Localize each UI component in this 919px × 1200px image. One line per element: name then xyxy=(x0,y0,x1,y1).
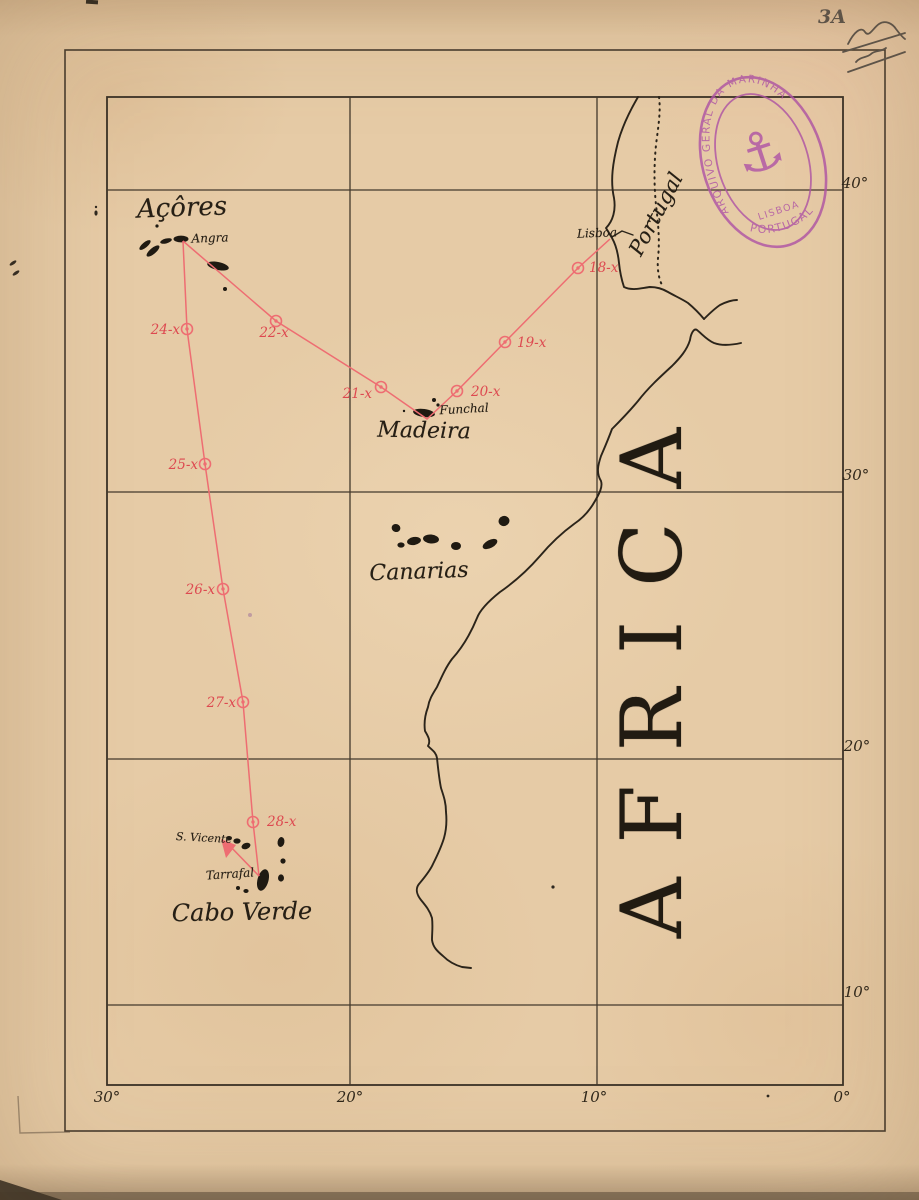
route-waypoint-dot-24-x xyxy=(185,327,188,330)
axis-label-right-20: 20° xyxy=(844,737,871,755)
axis-label-right-10: 10° xyxy=(844,983,871,1001)
axis-label-bottom-0: 0° xyxy=(833,1088,850,1106)
place-label-acores: Açôres xyxy=(136,191,227,224)
place-label-africa: AFRICA xyxy=(603,394,701,938)
place-label-angra: Angra xyxy=(191,230,228,245)
route-leg-angra-to-tarrafal xyxy=(183,241,259,876)
route-waypoint-dot-27-x xyxy=(241,700,244,703)
axis-label-bottom-20: 20° xyxy=(337,1088,364,1106)
route-date-label-27-x: 27-x xyxy=(206,695,237,711)
route-date-label-20-x: 20-x xyxy=(470,384,501,400)
route-date-label-22-x: 22-x xyxy=(258,325,289,341)
place-label-canarias: Canarias xyxy=(369,558,469,586)
route-waypoint-dot-25-x xyxy=(203,462,206,465)
axis-label-bottom-30: 30° xyxy=(94,1088,121,1106)
route-waypoint-dot-28-x xyxy=(251,820,254,823)
axis-label-bottom-10: 10° xyxy=(581,1088,608,1106)
route-date-label-19-x: 19-x xyxy=(517,335,547,351)
route-waypoint-dot-20-x xyxy=(455,389,458,392)
place-label-cabo-verde: Cabo Verde xyxy=(172,897,313,927)
route-date-label-28-x: 28-x xyxy=(266,814,297,830)
place-label-funchal: Funchal xyxy=(439,401,489,418)
route-date-label-24-x: 24-x xyxy=(150,322,181,338)
canarias-islands xyxy=(390,514,510,551)
route-date-label-26-x: 26-x xyxy=(185,582,216,598)
paper-edge-shadows xyxy=(0,1096,919,1200)
route-waypoint-dot-19-x xyxy=(503,340,506,343)
pencil-signature xyxy=(843,22,905,72)
chart-paper: 18-x19-x20-x21-x22-x24-x25-x26-x27-x28-x… xyxy=(0,0,919,1200)
route-waypoint-dot-22-x xyxy=(274,319,277,322)
archive-stamp: ARQUIVO GERAL DA MARINHA PORTUGAL LISBOA… xyxy=(678,57,847,264)
pencil-shelfmark: 3A xyxy=(818,6,846,28)
anchor-icon: ⚓ xyxy=(727,115,793,190)
map-drawing: 18-x19-x20-x21-x22-x24-x25-x26-x27-x28-x… xyxy=(0,0,919,1200)
route-date-label-25-x: 25-x xyxy=(168,457,199,473)
route-waypoint-dot-26-x xyxy=(221,587,224,590)
route-date-label-21-x: 21-x xyxy=(342,386,373,402)
place-label-madeira: Madeira xyxy=(377,418,471,445)
voyage-route: 18-x19-x20-x21-x22-x24-x25-x26-x27-x28-x xyxy=(150,239,619,876)
route-date-label-18-x: 18-x xyxy=(589,260,619,276)
axis-label-right-30: 30° xyxy=(843,466,870,484)
route-leg-lisboa-to-angra-via-madeira xyxy=(183,239,610,419)
place-label-lisboa: Lisboa xyxy=(577,225,617,240)
route-waypoint-dot-18-x xyxy=(576,266,579,269)
route-waypoint-dot-21-x xyxy=(379,385,382,388)
axis-label-right-40: 40° xyxy=(842,174,869,192)
